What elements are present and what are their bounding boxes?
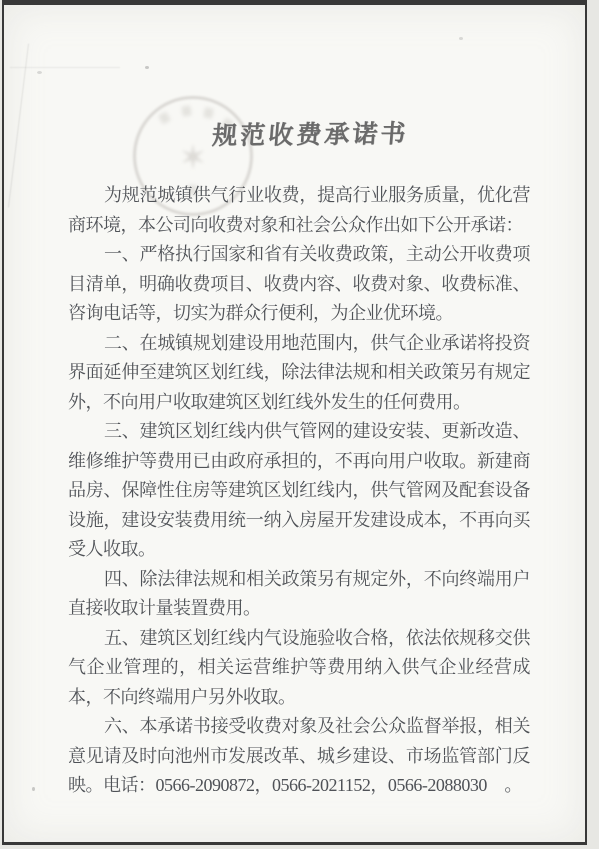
document-body: 为规范城镇供气行业收费，提高行业服务质量，优化营商环境，本公司向收费对象和社会公… <box>68 181 530 801</box>
paragraph: 一、严格执行国家和省有关收费政策，主动公开收费项目清单，明确收费项目、收费内容、… <box>68 240 530 329</box>
paragraph: 二、在城镇规划建设用地范围内，供气企业承诺将投资界面延伸至建筑区划红线，除法律法… <box>68 329 530 418</box>
paragraph: 四、除法律法规和相关政策另有规定外，不向终端用户直接收取计量装置费用。 <box>68 565 530 624</box>
paragraph: 六、本承诺书接受收费对象及社会公众监督举报，相关意见请及时向池州市发展改革、城乡… <box>68 712 530 801</box>
scan-scratch-mark <box>10 67 120 68</box>
scan-noise-speck <box>145 66 149 69</box>
scanned-page: ✶ 规范收费承诺书 为规范城镇供气行业收费，提高行业服务质量，优化营商环境，本公… <box>2 0 587 845</box>
paragraph: 五、建筑区划红线内气设施验收合格，依法依规移交供气企业管理的，相关运营维护等费用… <box>68 624 530 713</box>
paragraph: 为规范城镇供气行业收费，提高行业服务质量，优化营商环境，本公司向收费对象和社会公… <box>68 181 530 240</box>
scan-noise-speck <box>32 787 35 791</box>
scan-noise-speck <box>37 71 42 74</box>
paragraph: 三、建筑区划红线内供气管网的建设安装、更新改造、维修维护等费用已由政府承担的，不… <box>68 417 530 565</box>
document-title: 规范收费承诺书 <box>18 112 599 154</box>
scan-noise-speck <box>459 37 463 40</box>
stamp-arc-mark <box>181 105 192 116</box>
